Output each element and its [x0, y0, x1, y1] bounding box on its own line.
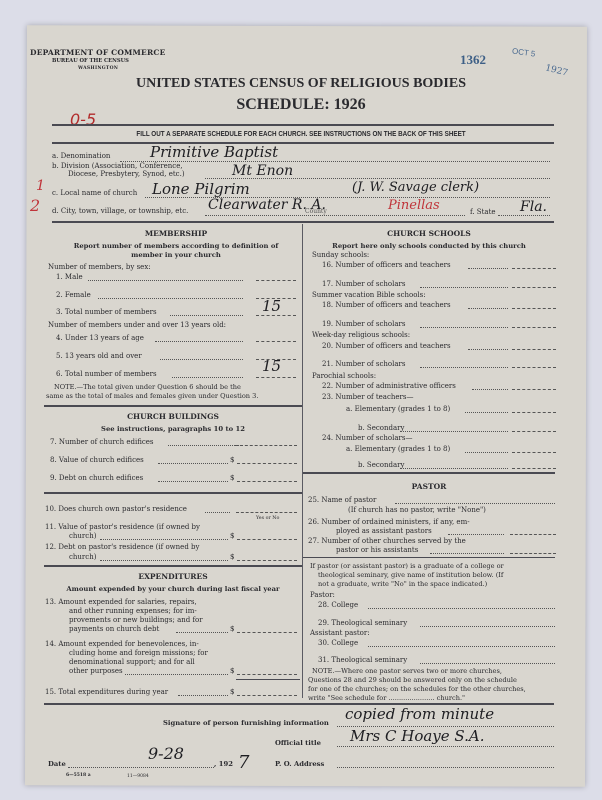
q27-field[interactable] — [510, 553, 556, 554]
q24a-label: a. Elementary (grades 1 to 8) — [346, 445, 450, 453]
members-by-sex-label: Number of members, by sex: — [48, 263, 151, 271]
pastor-rule — [303, 557, 555, 558]
q23a-label: a. Elementary (grades 1 to 8) — [346, 405, 450, 413]
q15-leader — [178, 695, 228, 696]
church-name-label: c. Local name of church — [52, 189, 137, 197]
weekday-schools-label: Week-day religious schools: — [312, 331, 410, 339]
q7-leader — [168, 445, 243, 446]
q21-field[interactable] — [512, 367, 556, 368]
city-label: d. City, town, village, or township, etc… — [52, 207, 188, 215]
print-code: 11—9084 — [127, 774, 149, 779]
q7-label: 7. Number of church edifices — [50, 438, 154, 446]
q22-label: 22. Number of administrative officers — [322, 382, 456, 390]
q9-leader — [158, 481, 228, 482]
denomination-value: Primitive Baptist — [150, 143, 278, 161]
expenditures-subtitle: Amount expended by your church during la… — [44, 585, 302, 593]
pastor-note: NOTE.—Where one pastor serves two or mor… — [312, 667, 502, 676]
q18-label: 18. Number of officers and teachers — [322, 301, 451, 309]
q23-label: 23. Number of teachers— — [322, 393, 414, 401]
column-divider — [302, 224, 303, 698]
summer-schools-label: Summer vacation Bible schools: — [312, 291, 426, 299]
parochial-schools-label: Parochial schools: — [312, 372, 376, 380]
division-label: b. Division (Association, Conference, — [52, 162, 183, 170]
q8-field[interactable] — [237, 463, 297, 464]
q12-label-2: church) — [69, 553, 96, 561]
q28-label: 28. College — [318, 601, 358, 609]
q9-label: 9. Debt on church edifices — [50, 474, 143, 482]
q20-leader — [468, 349, 508, 350]
q20-label: 20. Number of officers and teachers — [322, 342, 451, 350]
church-schools-heading: CHURCH SCHOOLS — [304, 229, 554, 238]
date-label: Date — [48, 760, 66, 768]
membership-note: NOTE.—The total given under Question 6 s… — [54, 383, 241, 392]
q27-label-2: pastor or his assistants — [336, 546, 418, 554]
q8-dollar: $ — [230, 456, 234, 464]
q18-field[interactable] — [512, 308, 556, 309]
state-value: Fla. — [520, 199, 547, 215]
q16-field[interactable] — [512, 268, 556, 269]
q18-leader — [468, 308, 508, 309]
q7-field[interactable] — [235, 445, 297, 446]
q26-label: 26. Number of ordained ministers, if any… — [308, 518, 470, 526]
q14-underline — [236, 679, 300, 680]
q23b-leader — [400, 431, 508, 432]
q2-female-label: 2. Female — [56, 291, 91, 299]
po-address-field[interactable] — [337, 767, 554, 768]
expenditures-heading: EXPENDITURES — [44, 572, 302, 581]
q5-leader — [160, 359, 243, 360]
q12-label: 12. Debt on pastor's residence (if owned… — [45, 543, 199, 551]
q17-leader — [420, 287, 508, 288]
pastor-label: Pastor: — [310, 591, 335, 599]
q29-label: 29. Theological seminary — [318, 619, 407, 627]
official-title-label: Official title — [275, 739, 321, 747]
q10-label: 10. Does church own pastor's residence — [45, 505, 187, 513]
q21-leader — [420, 367, 508, 368]
city-field[interactable] — [205, 215, 465, 216]
q31-label: 31. Theological seminary — [318, 656, 407, 664]
official-title-value: Mrs C Hoaye S.A. — [350, 727, 485, 745]
q3-total-field[interactable] — [256, 315, 296, 316]
q12-dollar: $ — [230, 553, 234, 561]
q24-label: 24. Number of scholars— — [322, 434, 412, 442]
state-field[interactable] — [498, 215, 550, 216]
residence-rule — [44, 565, 302, 567]
pastor-note-4: write "See schedule for ................… — [308, 694, 465, 703]
q17-field[interactable] — [512, 287, 556, 288]
q13-dollar: $ — [230, 625, 234, 633]
q26-field[interactable] — [510, 534, 556, 535]
q9-field[interactable] — [237, 481, 297, 482]
q27-leader — [430, 553, 504, 554]
church-buildings-subtitle: See instructions, paragraphs 10 to 12 — [44, 425, 302, 433]
q14-leader — [125, 674, 228, 675]
assistant-pastor-label: Assistant pastor: — [310, 629, 370, 637]
q16-leader — [468, 268, 508, 269]
q24a-field[interactable] — [512, 452, 556, 453]
q13-field[interactable] — [237, 632, 297, 633]
q1-leader — [88, 280, 243, 281]
fill-out-instruction: FILL OUT A SEPARATE SCHEDULE FOR EACH CH… — [30, 131, 572, 138]
q19-field[interactable] — [512, 327, 556, 328]
q30-label: 30. College — [318, 639, 358, 647]
q19-label: 19. Number of scholars — [322, 320, 405, 328]
division-label-2: Diocese, Presbytery, Synod, etc.) — [68, 170, 185, 178]
q11-label: 11. Value of pastor's residence (if owne… — [45, 523, 200, 531]
division-value: Mt Enon — [232, 163, 293, 179]
official-title-field[interactable] — [337, 746, 554, 747]
q13-leader — [176, 632, 228, 633]
q22-leader — [472, 389, 508, 390]
q23b-field[interactable] — [512, 431, 556, 432]
members-by-age-label: Number of members under and over 13 year… — [48, 321, 226, 329]
year-prefix: , 192 — [214, 760, 233, 768]
q14-label-3: denominational support; and for all — [69, 658, 195, 666]
graduate-instruction-2: theological seminary, give name of insti… — [318, 571, 503, 580]
form-code: 6—5518 a — [66, 773, 91, 778]
q31-field[interactable] — [420, 663, 555, 664]
q11-label-2: church) — [69, 532, 96, 540]
county-label: County — [305, 208, 327, 215]
q23b-label: b. Secondary — [358, 424, 404, 432]
membership-note-2: same as the total of males and females g… — [46, 392, 258, 401]
department-label: DEPARTMENT OF COMMERCE — [30, 48, 166, 57]
buildings-rule — [44, 492, 302, 494]
q24a-leader — [465, 452, 508, 453]
header-rule — [52, 124, 554, 126]
q4-under13-field[interactable] — [256, 341, 296, 342]
q23a-leader — [465, 412, 508, 413]
q13-label-2: and other running expenses; for im- — [69, 607, 197, 615]
membership-subtitle: Report number of members according to de… — [52, 242, 300, 250]
q2-leader — [98, 298, 243, 299]
q1-male-field[interactable] — [256, 280, 296, 281]
sunday-schools-label: Sunday schools: — [312, 251, 369, 259]
q13-label-4: payments on church debt — [69, 625, 159, 633]
form-title: UNITED STATES CENSUS OF RELIGIOUS BODIES — [0, 76, 602, 92]
q6-total-value: 15 — [262, 357, 281, 375]
date-field[interactable] — [68, 767, 214, 768]
state-label: f. State — [470, 208, 496, 216]
pastor-note-3: for one of the churches; on the schedule… — [308, 685, 526, 694]
city-label: WASHINGTON — [78, 66, 118, 71]
q30-field[interactable] — [368, 646, 555, 647]
membership-subtitle-2: member in your church — [52, 251, 300, 259]
q5-over13-label: 5. 13 years old and over — [56, 352, 142, 360]
q11-dollar: $ — [230, 532, 234, 540]
file-number-stamp: 1362 — [460, 52, 486, 68]
q8-label: 8. Value of church edifices — [50, 456, 144, 464]
q25-field[interactable] — [395, 503, 555, 504]
yes-no-hint: Yes or No — [256, 516, 279, 521]
q14-field[interactable] — [237, 674, 297, 675]
q13-label: 13. Amount expended for salaries, repair… — [45, 598, 197, 606]
church-name-value: Lone Pilgrim — [152, 180, 250, 198]
church-schools-subtitle: Report here only schools conducted by th… — [304, 242, 554, 250]
membership-heading: MEMBERSHIP — [52, 229, 300, 238]
graduate-instruction-3: not a graduate, write "No" in the space … — [318, 580, 487, 589]
margin-mark-1: 1 — [36, 178, 45, 194]
red-code-annotation: 0-5 — [70, 110, 96, 129]
denomination-label: a. Denomination — [52, 152, 110, 160]
pastor-note-2: Questions 28 and 29 should be answered o… — [308, 676, 517, 685]
q22-field[interactable] — [512, 389, 556, 390]
q21-label: 21. Number of scholars — [322, 360, 405, 368]
denomination-field[interactable] — [120, 161, 550, 162]
q15-field[interactable] — [237, 695, 297, 696]
q15-label: 15. Total expenditures during year — [45, 688, 168, 696]
q3-leader — [170, 315, 243, 316]
graduate-instruction: If pastor (or assistant pastor) is a gra… — [310, 562, 504, 571]
q3-total-value: 15 — [262, 297, 281, 315]
header-rule-2 — [52, 142, 554, 144]
po-address-label: P. O. Address — [275, 760, 324, 768]
church-buildings-heading: CHURCH BUILDINGS — [44, 412, 302, 421]
q14-label-2: cluding home and foreign missions; for — [69, 649, 208, 657]
q10-field[interactable] — [236, 512, 297, 513]
q4-under13-label: 4. Under 13 years of age — [56, 334, 144, 342]
q23a-field[interactable] — [512, 412, 556, 413]
q10-leader — [205, 512, 230, 513]
q28-field[interactable] — [368, 608, 555, 609]
q25-note: (If church has no pastor, write "None") — [348, 506, 486, 514]
q24b-field[interactable] — [512, 468, 556, 469]
identification-rule — [52, 221, 554, 223]
q1-male-label: 1. Male — [56, 273, 83, 281]
q19-leader — [420, 327, 508, 328]
membership-rule — [44, 405, 302, 407]
year-digit-value: 7 — [238, 752, 249, 773]
q3-total-label: 3. Total number of members — [56, 308, 157, 316]
q16-label: 16. Number of officers and teachers — [322, 261, 451, 269]
church-clerk-note: (J. W. Savage clerk) — [352, 180, 479, 195]
q6-total-label: 6. Total number of members — [56, 370, 157, 378]
county-value: Pinellas — [388, 198, 440, 213]
q24b-label: b. Secondary — [358, 461, 404, 469]
q11-leader — [100, 539, 228, 540]
signature-value: copied from minute — [345, 705, 494, 723]
signature-label: Signature of person furnishing informati… — [163, 719, 329, 727]
q4-leader — [155, 341, 243, 342]
pastor-heading: PASTOR — [304, 482, 554, 491]
schools-rule — [303, 472, 555, 474]
date-value: 9-28 — [148, 744, 184, 763]
bureau-label: BUREAU OF THE CENSUS — [52, 58, 129, 64]
q15-dollar: $ — [230, 688, 234, 696]
q14-label: 14. Amount expended for benevolences, in… — [45, 640, 199, 648]
q20-field[interactable] — [512, 349, 556, 350]
margin-mark-2: 2 — [30, 196, 40, 215]
q12-field[interactable] — [237, 560, 297, 561]
q25-label: 25. Name of pastor — [308, 496, 376, 504]
q12-leader — [100, 560, 228, 561]
q26-leader — [448, 534, 504, 535]
q13-label-3: provements or new buildings; and for — [69, 616, 203, 624]
q11-field[interactable] — [237, 539, 297, 540]
q9-dollar: $ — [230, 474, 234, 482]
q14-label-4: other purposes — [69, 667, 123, 675]
q6-total-field[interactable] — [256, 377, 296, 378]
q27-label: 27. Number of other churches served by t… — [308, 537, 466, 545]
q14-dollar: $ — [230, 667, 234, 675]
q26-label-2: ployed as assistant pastors — [336, 527, 432, 535]
q8-leader — [158, 463, 228, 464]
q17-label: 17. Number of scholars — [322, 280, 405, 288]
q24b-leader — [400, 468, 508, 469]
q6-leader — [172, 377, 243, 378]
q29-field[interactable] — [420, 626, 555, 627]
